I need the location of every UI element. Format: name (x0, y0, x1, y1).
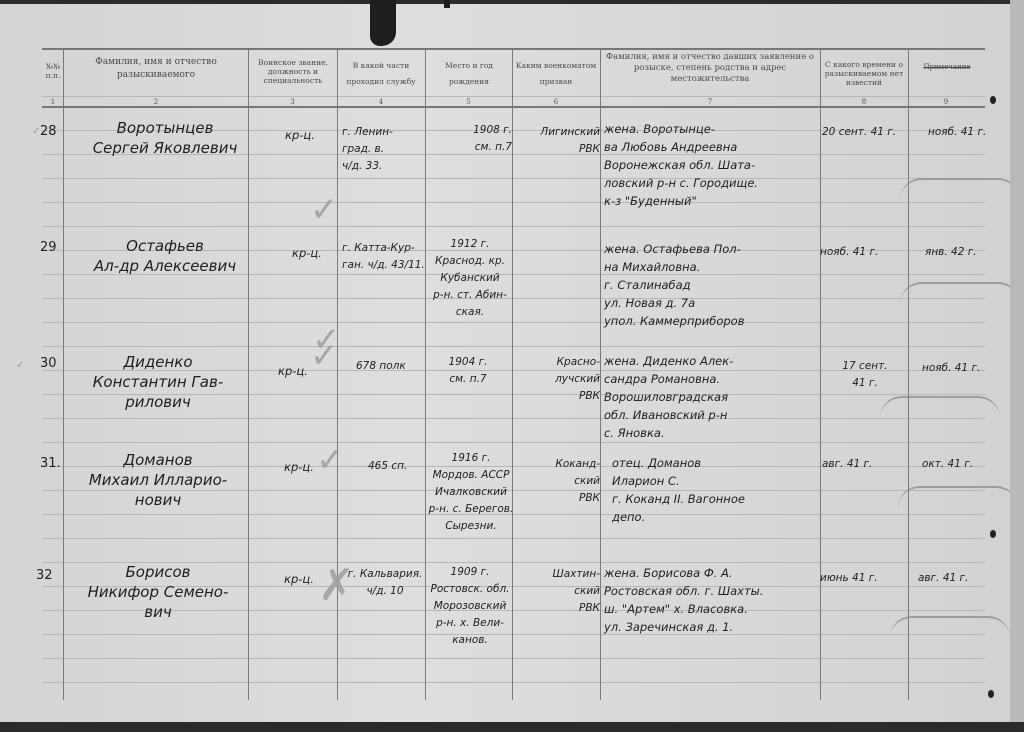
pencil-mark (890, 616, 1010, 638)
ruled-line (42, 418, 985, 419)
pencil-mark (900, 282, 1020, 304)
row-number: 30 (40, 356, 57, 371)
pencil-cross-mark: ✗ (318, 566, 358, 606)
header-col-4: В какой части проходил службу (339, 58, 423, 90)
colnum-3: 3 (248, 98, 337, 106)
rank: кр-ц. (285, 126, 315, 144)
unit: г. Катта-Кур- ган. ч/д. 43/11. (342, 240, 428, 274)
row-number: 29 (40, 240, 57, 255)
pin-hole (990, 530, 996, 538)
pin-hole (988, 690, 994, 698)
colnum-1: 1 (42, 98, 64, 106)
birth-place-year: 1912 г. Краснод. кр. Кубанский р-н. ст. … (428, 236, 512, 321)
ruled-line (42, 442, 985, 443)
header-col-7: Фамилия, имя и отчество давших заявление… (602, 52, 818, 85)
note: янв. 42 г. (925, 244, 977, 261)
person-name: Воротынцев Сергей Яковлевич (80, 118, 250, 158)
ruled-line (42, 346, 985, 347)
unit: 678 полк (356, 358, 406, 375)
birth-place-year: 1904 г. см. п.7 (432, 354, 504, 388)
commissariat: Шахтин- ский РВК (524, 566, 600, 617)
colnum-4: 4 (337, 98, 425, 106)
rank: кр-ц. (284, 570, 314, 588)
pencil-mark (900, 178, 1020, 200)
colnum-2: 2 (64, 98, 248, 106)
applicant: жена. Диденко Алек- сандра Романовна. Во… (604, 352, 824, 442)
note: нояб. 41 г. (922, 360, 980, 377)
ruled-line (42, 106, 985, 108)
birth-place-year: 1909 г. Ростовск. обл. Морозовский р-н. … (426, 564, 514, 649)
header-col-9: Примечание (910, 62, 984, 72)
paper-tear-small (444, 0, 450, 8)
commissariat: Коканд- ский РВК (520, 456, 600, 507)
colnum-9: 9 (908, 98, 984, 106)
header-col-1: №№ п.п. (42, 62, 64, 80)
column-divider (63, 48, 64, 700)
note: окт. 41 г. (922, 456, 973, 473)
note: авг. 41 г. (918, 570, 968, 587)
column-divider (600, 48, 601, 700)
rank: кр-ц. (284, 458, 314, 476)
rank: кр-ц. (278, 362, 308, 380)
ledger-page: №№ п.п. Фамилия, имя и отчество разыскив… (0, 0, 1012, 722)
no-news-since: 17 сент. 41 г. (822, 358, 908, 392)
no-news-since: 20 сент. 41 г. (822, 124, 912, 141)
applicant: отец. Доманов Иларион С. г. Коканд II. В… (612, 454, 822, 526)
ruled-line (42, 202, 985, 203)
colnum-7: 7 (600, 98, 820, 106)
pencil-check-mark: ✓ (310, 190, 350, 230)
applicant: жена. Остафьева Пол- на Михайловна. г. С… (604, 240, 824, 330)
scan-top-edge (0, 0, 1024, 4)
colnum-5: 5 (425, 98, 512, 106)
header-col-8: С какого времени о разыскиваемом нет изв… (822, 60, 906, 87)
rank: кр-ц. (292, 244, 322, 262)
pencil-check-mark: ✓ (316, 440, 356, 480)
person-name: Борисов Никифор Семено- вич (66, 562, 250, 622)
ruled-line (42, 682, 985, 683)
applicant: жена. Борисова Ф. А. Ростовская обл. г. … (604, 564, 824, 636)
ruled-line (42, 48, 985, 50)
pin-hole (990, 96, 996, 104)
no-news-since: авг. 41 г. (822, 456, 872, 473)
header-col-3: Воинское звание, должность и специальнос… (250, 58, 336, 85)
row-number: 28 (40, 124, 57, 139)
pencil-mark (880, 396, 1000, 418)
applicant: жена. Воротынце- ва Любовь Андреевна Вор… (604, 120, 824, 210)
person-name: Диденко Константин Гав- рилович (66, 352, 250, 412)
scan-bottom-edge (0, 722, 1024, 732)
ruled-line (42, 322, 985, 323)
note: нояб. 41 г. (928, 124, 986, 141)
row-number: 32 (36, 568, 53, 583)
check-mark: ✓ (16, 360, 24, 371)
birth-place-year: 1908 г. см. п.7 (440, 122, 512, 156)
no-news-since: июнь 41 г. (820, 570, 878, 587)
person-name: Доманов Михаил Илларио- нович (66, 450, 250, 510)
commissariat: Красно- лучский РВК (514, 354, 600, 405)
pencil-check-mark: ✓ (310, 336, 350, 376)
person-name: Остафьев Ал-др Алексеевич (80, 236, 250, 276)
header-col-5: Место и год рождения (430, 58, 508, 90)
birth-place-year: 1916 г. Мордов. АССР Ичалковский р-н. с.… (428, 450, 514, 535)
unit: г. Ленин- град. в. ч/д. 33. (342, 124, 426, 175)
ruled-line (42, 538, 985, 539)
ruled-line (42, 96, 985, 97)
colnum-6: 6 (512, 98, 600, 106)
no-news-since: нояб. 41 г. (820, 244, 910, 261)
header-col-2: Фамилия, имя и отчество разыскиваемого (66, 56, 246, 82)
ruled-line (42, 658, 985, 659)
ruled-line (42, 178, 985, 179)
scan-right-edge (1010, 0, 1024, 732)
pencil-mark (898, 486, 1018, 508)
colnum-8: 8 (820, 98, 908, 106)
ruled-line (42, 226, 985, 227)
paper-tear (370, 0, 396, 46)
header-col-6: Каким военкоматом призван (514, 58, 598, 90)
ruled-line (42, 298, 985, 299)
unit: 465 сп. (368, 458, 407, 475)
row-number: 31. (40, 456, 61, 471)
column-divider (908, 48, 909, 700)
commissariat: Лигинский РВК (520, 124, 600, 158)
